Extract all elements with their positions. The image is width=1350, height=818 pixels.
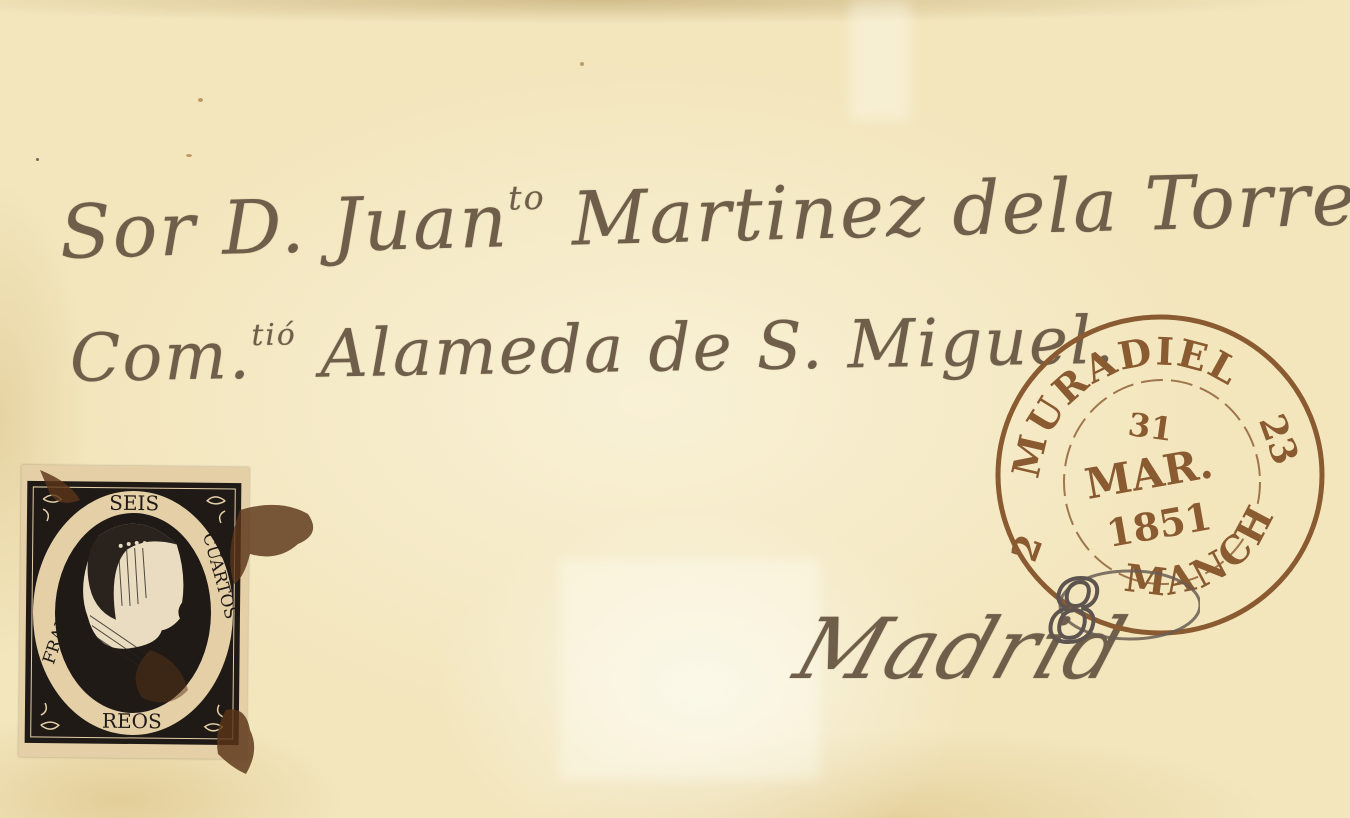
- svg-text:31: 31: [1126, 405, 1175, 449]
- postal-cover: Sor D. Juanto Martinez dela Torre del Co…: [0, 0, 1350, 818]
- addressee-name: Sor D. Juan: [59, 178, 510, 276]
- rate-mark: 8: [1030, 555, 1200, 665]
- stamp-design: SEIS REOS FRANCO CUARTOS: [18, 465, 249, 759]
- svg-text:8: 8: [1048, 563, 1101, 661]
- paper-speck: [580, 62, 584, 66]
- address-line-1: Sor D. Juanto Martinez dela Torre del: [59, 152, 1350, 276]
- svg-text:SEIS: SEIS: [109, 491, 159, 516]
- addressee-title: Com.: [69, 317, 252, 397]
- paper-speck: [198, 98, 203, 102]
- address-line-2: Com.tió Alameda de S. Miguel.: [69, 302, 1116, 397]
- abbrev-superscript: tió: [251, 317, 297, 353]
- paper-speck: [186, 154, 192, 157]
- paper-stain: [560, 560, 820, 780]
- paper-fold: [850, 0, 910, 120]
- addressee-surname: Martinez dela Torre del: [571, 152, 1350, 262]
- paper-speck: [36, 158, 39, 161]
- abbrev-superscript: to: [508, 178, 546, 218]
- svg-text:REOS: REOS: [102, 709, 162, 734]
- postage-stamp: SEIS REOS FRANCO CUARTOS: [18, 465, 249, 759]
